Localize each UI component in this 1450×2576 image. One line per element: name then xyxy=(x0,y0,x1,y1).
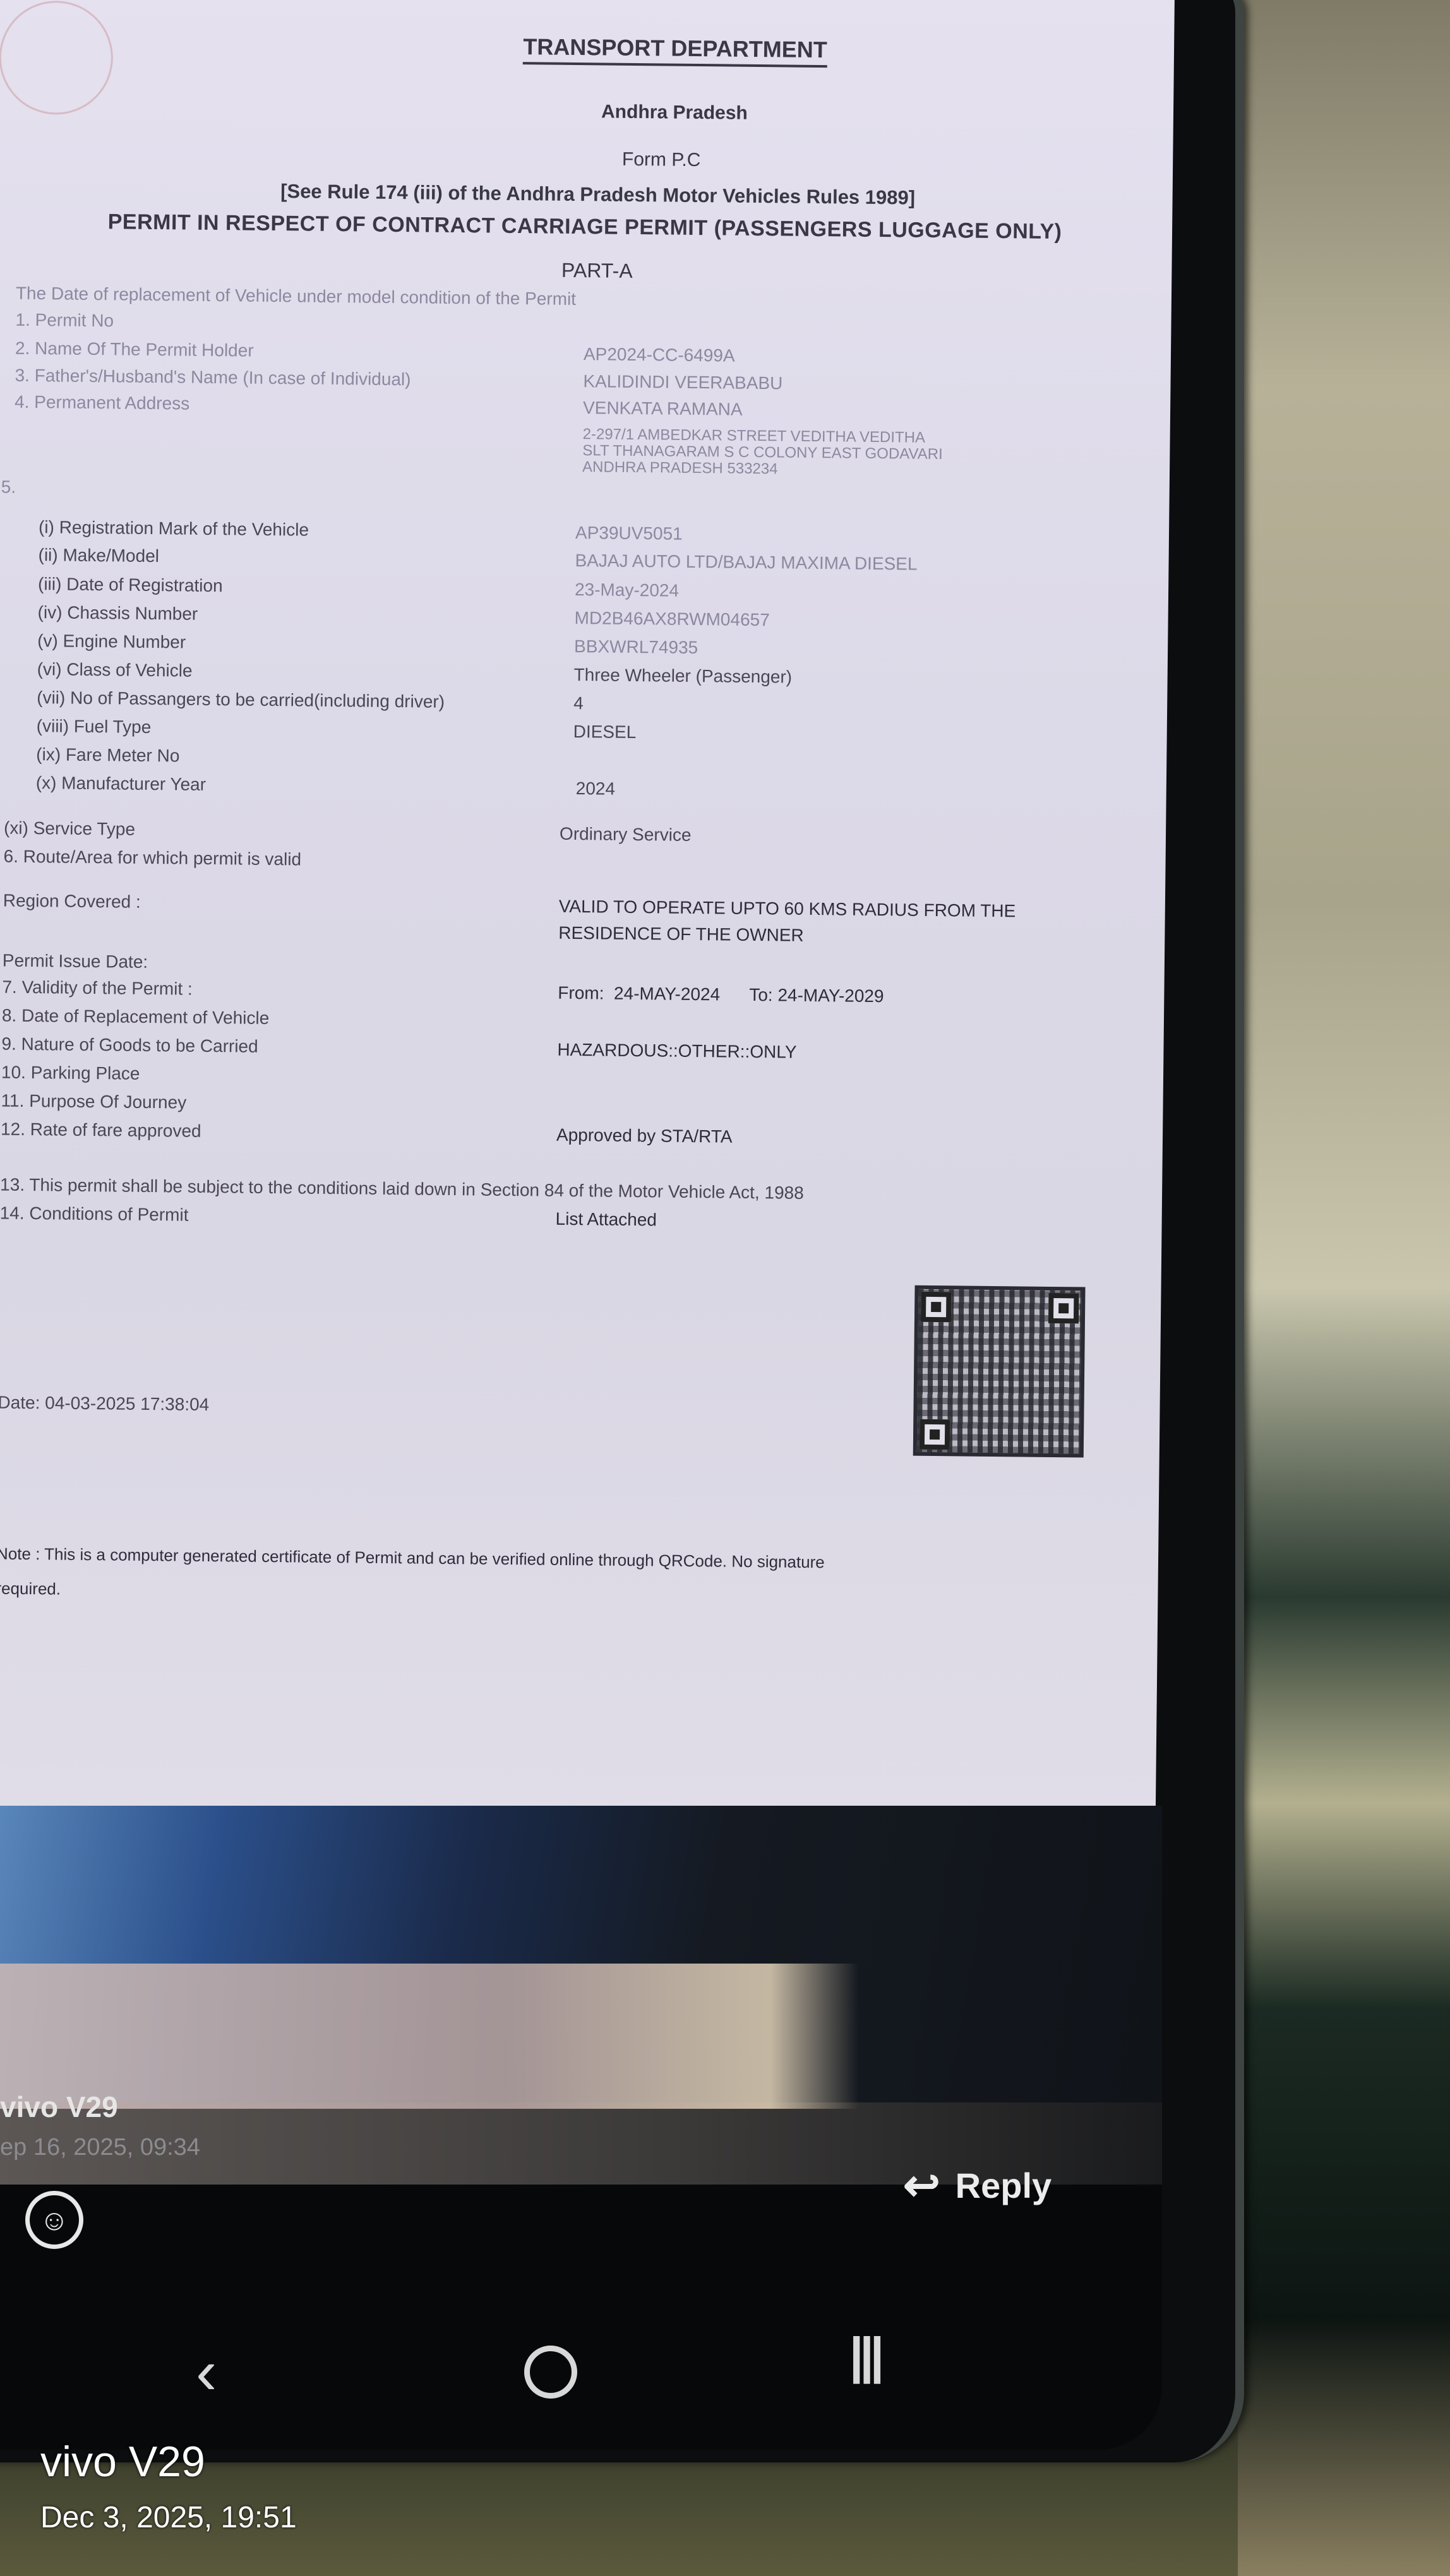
media-device-name: vivo V29 xyxy=(0,2090,118,2124)
part-label: PART-A xyxy=(0,253,1197,289)
field-label: (xi) Service Type xyxy=(4,818,135,840)
reply-label: Reply xyxy=(956,2165,1052,2206)
vehicle-field-row: (ix) Fare Meter No xyxy=(36,744,1110,756)
field-value: Ordinary Service xyxy=(560,824,692,845)
field-row: 12. Rate of fare approved Approved by ST… xyxy=(1,1119,1137,1131)
permit-document: TRANSPORT DEPARTMENT Andhra Pradesh Form… xyxy=(0,0,1175,1831)
issue-date-label: Permit Issue Date: xyxy=(3,951,148,972)
background-scene xyxy=(1238,0,1450,2576)
field-value: From: 24-MAY-2024 To: 24-MAY-2029 xyxy=(558,983,884,1006)
address-block: 2-297/1 AMBEDKAR STREET VEDITHA VEDITHA … xyxy=(582,426,943,479)
field-row: 10. Parking Place xyxy=(1,1063,1138,1075)
field-label: 1. Permit No xyxy=(15,310,114,331)
region-value-line-2: RESIDENCE OF THE OWNER xyxy=(558,923,804,946)
camera-watermark-datetime: Dec 3, 2025, 19:51 xyxy=(40,2500,297,2535)
field-value: Three Wheeler (Passenger) xyxy=(573,665,792,688)
vehicle-field-row: (vi) Class of Vehicle Three Wheeler (Pas… xyxy=(37,659,1111,671)
qr-finder-pattern xyxy=(920,1419,950,1450)
field-label: (iv) Chassis Number xyxy=(37,602,198,624)
vehicle-field-row: (iv) Chassis Number MD2B46AX8RWM04657 xyxy=(38,602,1111,614)
vehicle-field-row: (x) Manufacturer Year 2024 xyxy=(36,773,1110,784)
nav-back-button[interactable]: ‹ xyxy=(196,2336,217,2409)
note-text-cont: required. xyxy=(0,1578,61,1599)
field-value: 4 xyxy=(573,693,584,713)
state-heading: Andhra Pradesh xyxy=(75,96,1274,130)
vehicle-field-row: (v) Engine Number BBXWRL74935 xyxy=(37,631,1111,642)
vehicle-field-row: (iii) Date of Registration 23-May-2024 xyxy=(38,574,1111,585)
note-text: Note : This is a computer generated cert… xyxy=(0,1544,825,1572)
field-row: 3. Father's/Husband's Name (In case of I… xyxy=(15,366,1152,378)
field-row: 9. Nature of Goods to be Carried HAZARDO… xyxy=(2,1034,1139,1046)
field-value: VENKATA RAMANA xyxy=(583,398,743,420)
field-label: (i) Registration Mark of the Vehicle xyxy=(39,517,309,540)
route-label: 6. Route/Area for which permit is valid xyxy=(3,847,301,870)
rule-reference: [See Rule 174 (iii) of the Andhra Prades… xyxy=(0,177,1198,212)
field-label: (viii) Fuel Type xyxy=(37,716,152,737)
field-label: (ii) Make/Model xyxy=(38,545,159,566)
field-label: 7. Validity of the Permit : xyxy=(2,977,193,999)
field-value: MD2B46AX8RWM04657 xyxy=(574,608,770,630)
validity-row: 7. Validity of the Permit : From: 24-MAY… xyxy=(3,977,1139,989)
field-row: 11. Purpose Of Journey xyxy=(1,1091,1138,1103)
vehicle-field-row: (ii) Make/Model BAJAJ AUTO LTD/BAJAJ MAX… xyxy=(39,545,1112,556)
field-label: 2. Name Of The Permit Holder xyxy=(15,338,254,361)
media-timestamp: ep 16, 2025, 09:34 xyxy=(0,2134,200,2161)
vehicle-field-row: (i) Registration Mark of the Vehicle AP3… xyxy=(39,517,1112,528)
field-label: (iii) Date of Registration xyxy=(38,574,223,596)
document-date: Date: 04-03-2025 17:38:04 xyxy=(0,1393,209,1416)
vehicle-field-row: (vii) No of Passangers to be carried(inc… xyxy=(37,688,1110,699)
back-chevron-icon: ‹ xyxy=(196,2337,217,2407)
emoji-add-icon: ☺ xyxy=(40,2203,69,2236)
reply-arrow-icon: ↩ xyxy=(903,2159,940,2211)
conditions-row: 14. Conditions of Permit List Attached xyxy=(0,1203,1137,1215)
media-viewer-bottom-bar xyxy=(0,2185,1162,2450)
field-value: List Attached xyxy=(555,1209,657,1231)
field-label: (x) Manufacturer Year xyxy=(36,773,207,795)
field-label: (v) Engine Number xyxy=(37,631,186,652)
field-label: (vii) No of Passangers to be carried(inc… xyxy=(37,688,445,712)
section-5-label: 5. xyxy=(1,477,16,497)
field-value: AP39UV5051 xyxy=(575,523,683,544)
qr-finder-pattern xyxy=(921,1292,952,1323)
reply-button[interactable]: ↩ Reply xyxy=(903,2159,1052,2211)
qr-finder-pattern xyxy=(1048,1293,1079,1324)
field-value: HAZARDOUS::OTHER::ONLY xyxy=(557,1040,796,1063)
field-value: KALIDINDI VEERABABU xyxy=(583,371,782,393)
section-13-text: 13. This permit shall be subject to the … xyxy=(0,1175,804,1203)
field-row: 1. Permit No xyxy=(16,310,1153,322)
field-label: 10. Parking Place xyxy=(1,1063,140,1084)
field-value: AP2024-CC-6499A xyxy=(584,344,735,366)
replacement-note: The Date of replacement of Vehicle under… xyxy=(16,283,576,309)
nav-recents-button[interactable]: ||| xyxy=(849,2327,880,2385)
field-label: Region Covered : xyxy=(3,891,141,912)
department-heading: TRANSPORT DEPARTMENT xyxy=(75,29,1275,68)
field-value: DIESEL xyxy=(573,722,637,742)
field-label: 12. Rate of fare approved xyxy=(1,1119,201,1142)
field-row: 4. Permanent Address VENKATA RAMANA xyxy=(15,392,1151,404)
field-value: 2024 xyxy=(576,778,616,799)
field-value: BBXWRL74935 xyxy=(574,636,698,658)
field-row: 2. Name Of The Permit Holder AP2024-CC-6… xyxy=(15,338,1152,350)
field-value: BAJAJ AUTO LTD/BAJAJ MAXIMA DIESEL xyxy=(575,551,917,575)
field-value: Approved by STA/RTA xyxy=(556,1125,733,1147)
field-label: 4. Permanent Address xyxy=(15,392,189,414)
field-value: VALID TO OPERATE UPTO 60 KMS RADIUS FROM… xyxy=(559,897,1016,922)
qr-code xyxy=(913,1285,1086,1458)
field-label: 11. Purpose Of Journey xyxy=(1,1091,186,1113)
phone-device: TRANSPORT DEPARTMENT Andhra Pradesh Form… xyxy=(0,0,1244,2462)
nav-home-button[interactable] xyxy=(524,2346,577,2399)
camera-watermark-device: vivo V29 xyxy=(40,2437,205,2486)
emoji-add-button[interactable]: ☺ xyxy=(25,2191,83,2249)
field-label: 8. Date of Replacement of Vehicle xyxy=(2,1006,270,1029)
field-value: 23-May-2024 xyxy=(575,580,679,601)
region-row: Region Covered : VALID TO OPERATE UPTO 6… xyxy=(3,891,1140,903)
field-label: 14. Conditions of Permit xyxy=(0,1203,189,1225)
permit-title: PERMIT IN RESPECT OF CONTRACT CARRIAGE P… xyxy=(0,208,1185,246)
field-label: (ix) Fare Meter No xyxy=(36,744,179,766)
recents-icon: ||| xyxy=(849,2327,880,2383)
form-label: Form P.C xyxy=(61,143,1261,177)
field-label: 3. Father's/Husband's Name (In case of I… xyxy=(15,366,410,390)
field-row: 8. Date of Replacement of Vehicle xyxy=(2,1006,1139,1018)
field-label: 9. Nature of Goods to be Carried xyxy=(1,1034,258,1057)
vehicle-field-row: (viii) Fuel Type DIESEL xyxy=(37,716,1110,727)
service-type-row: (xi) Service Type Ordinary Service xyxy=(4,818,1141,830)
field-label: (vi) Class of Vehicle xyxy=(37,659,193,681)
